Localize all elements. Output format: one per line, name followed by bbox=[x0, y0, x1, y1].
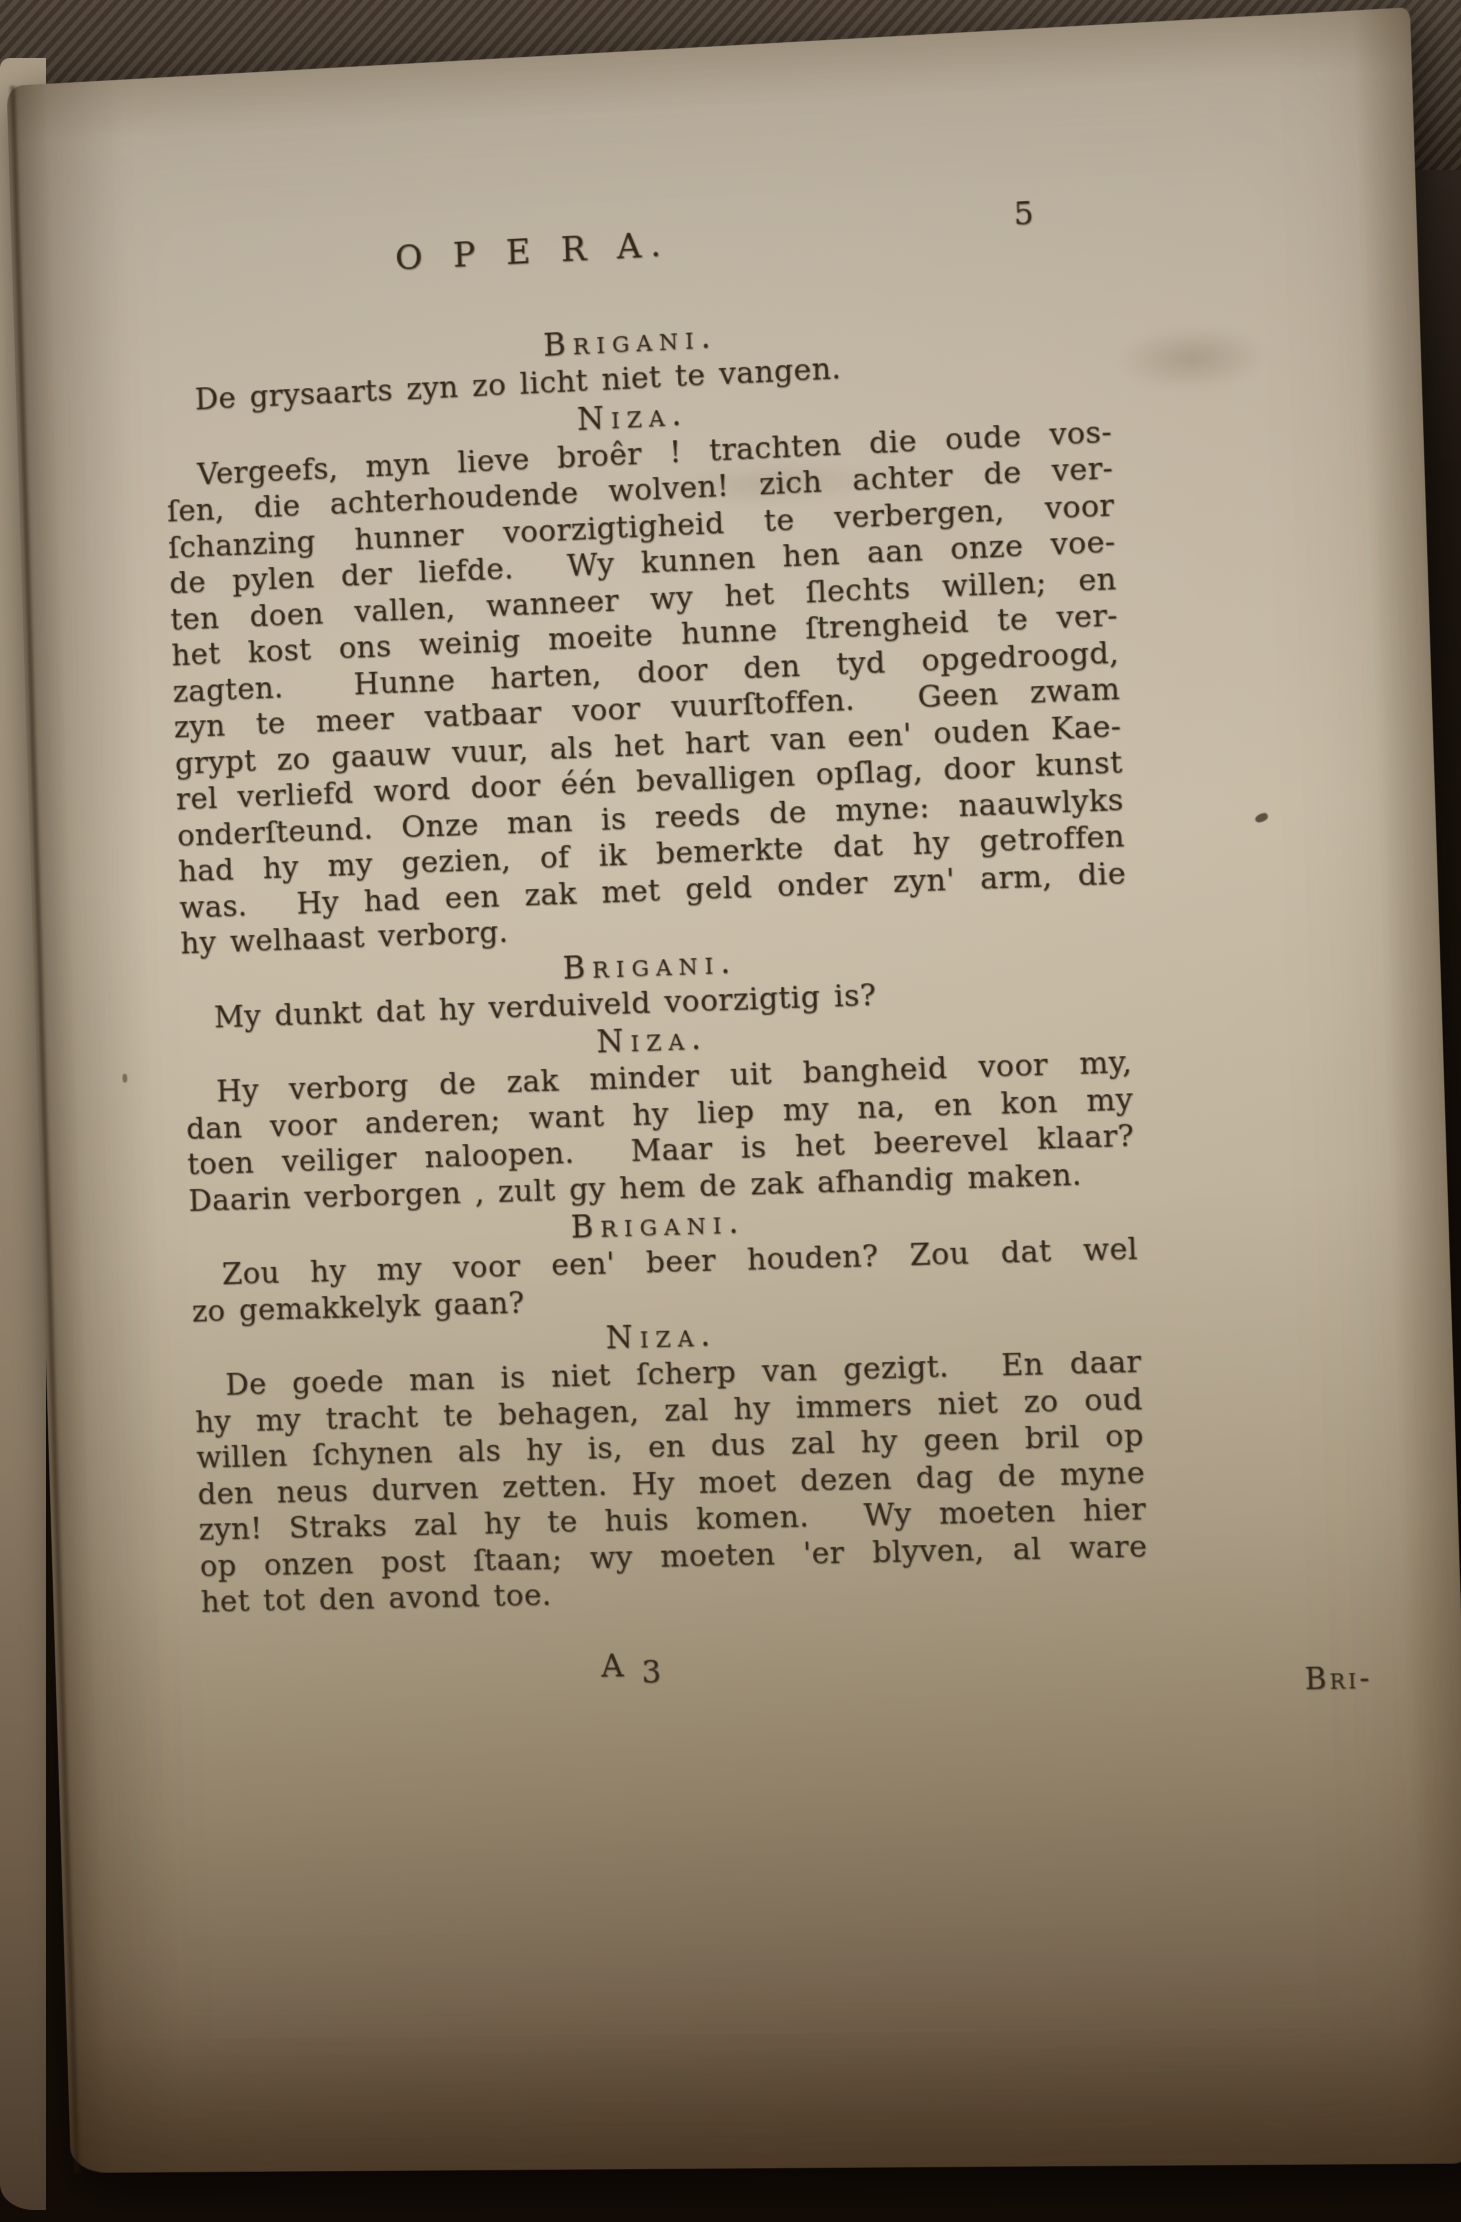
signature-number: 3 bbox=[641, 1654, 666, 1690]
dialogue: Brigani.De grysaarts zyn zo licht niet t… bbox=[162, 299, 1149, 1621]
book-scan: O P E R A. 5 Brigani.De grysaarts zyn zo… bbox=[0, 0, 1461, 2222]
signature-mark: A3 bbox=[601, 1648, 666, 1685]
show-through-smudge bbox=[1084, 308, 1301, 409]
signature-letter: A bbox=[601, 1648, 628, 1684]
page-number: 5 bbox=[1013, 196, 1034, 233]
text-column: O P E R A. 5 Brigani.De grysaarts zyn zo… bbox=[154, 25, 1163, 2052]
catchword: Bri- bbox=[1304, 1661, 1373, 1697]
book-page: O P E R A. 5 Brigani.De grysaarts zyn zo… bbox=[7, 7, 1461, 2173]
speech: Hy verborg de zak minder uit bangheid vo… bbox=[185, 1045, 1136, 1220]
ink-speck bbox=[1254, 812, 1269, 824]
ink-speck bbox=[122, 1074, 127, 1083]
speech: De goede man is niet ſcherp van gezigt. … bbox=[194, 1345, 1149, 1622]
speech: Vergeefs, myn lieve broêr ! trachten die… bbox=[166, 414, 1128, 963]
running-header: O P E R A. bbox=[159, 212, 912, 291]
